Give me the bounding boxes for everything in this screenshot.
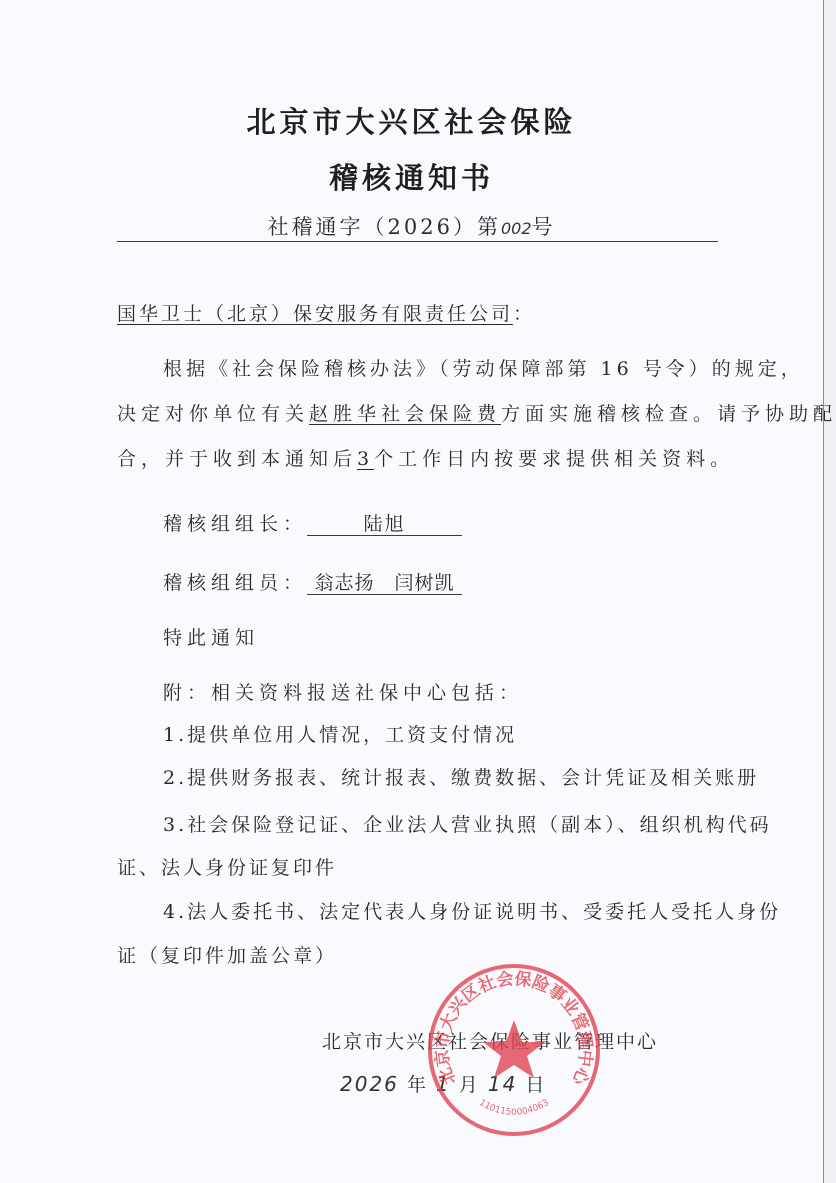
body-line-2-after: 方面实施稽核检查。请予协助配: [501, 403, 836, 425]
doc-number-handwritten: 002: [501, 219, 532, 238]
body-line-3-before: 合，并于收到本通知后: [117, 448, 357, 470]
audit-members-label: 稽核组组员：: [163, 572, 307, 594]
document-title-line1: 北京市大兴区社会保险: [0, 100, 823, 141]
audit-leader-label: 稽核组组长：: [163, 513, 307, 535]
audit-leader-row: 稽核组组长：陆旭: [163, 512, 462, 536]
attachment-item-2: 2.提供财务报表、统计报表、缴费数据、会计凭证及相关账册: [163, 766, 759, 790]
svg-text:1101150004063: 1101150004063: [477, 1098, 551, 1118]
body-line-2-before: 决定对你单位有关: [117, 403, 309, 425]
attachment-item-3: 3.社会保险登记证、企业法人营业执照（副本）、组织机构代码: [163, 813, 772, 837]
attachments-heading: 附：相关资料报送社保中心包括：: [163, 681, 523, 705]
attachment-item-4: 4.法人委托书、法定代表人身份证说明书、受委托人受托人身份: [163, 900, 781, 924]
document-page: 北京市大兴区社会保险 稽核通知书 社稽通字（2026）第002号 国华卫士（北京…: [0, 0, 824, 1183]
addressee-line: 国华卫士（北京）保安服务有限责任公司：: [117, 302, 535, 326]
body-line-3-after: 个工作日内按要求提供相关资料。: [374, 448, 734, 470]
notice-closing: 特此通知: [163, 626, 259, 650]
date-day: 14: [488, 1072, 517, 1096]
attachment-item-1: 1.提供单位用人情况，工资支付情况: [163, 723, 517, 747]
body-line-2: 决定对你单位有关赵胜华社会保险费方面实施稽核检查。请予协助配: [117, 402, 836, 426]
audit-subject: 赵胜华社会保险费: [309, 403, 501, 425]
audit-members-value: 翁志扬 闫树凯: [307, 572, 462, 595]
date-year: 2026: [340, 1072, 399, 1096]
header-divider: [117, 241, 718, 242]
date-month: 1: [436, 1072, 451, 1096]
addressee-colon: ：: [513, 303, 535, 325]
working-days-count: 3: [357, 448, 374, 470]
date-month-label: 月: [459, 1074, 480, 1096]
issue-date: 2026 年 1 月 14 日: [340, 1072, 546, 1097]
body-line-1: 根据《社会保险稽核办法》（劳动保障部第 16 号令）的规定，: [163, 357, 804, 381]
doc-number-suffix: 号: [532, 215, 556, 239]
audit-members-row: 稽核组组员：翁志扬 闫树凯: [163, 571, 462, 595]
document-number: 社稽通字（2026）第002号: [0, 211, 823, 241]
document-title-line2: 稽核通知书: [0, 156, 823, 197]
addressee-company: 国华卫士（北京）保安服务有限责任公司: [117, 303, 513, 325]
issuer-name: 北京市大兴区社会保险事业管理中心: [322, 1030, 658, 1054]
date-day-label: 日: [525, 1074, 546, 1096]
svg-text:北京市大兴区社会保险事业管理中心: 北京市大兴区社会保险事业管理中心: [432, 968, 597, 1089]
attachment-item-4-cont: 证（复印件加盖公章）: [117, 944, 337, 968]
date-year-label: 年: [407, 1074, 428, 1096]
doc-number-prefix: 社稽通字（2026）第: [268, 215, 501, 239]
attachment-item-3-cont: 证、法人身份证复印件: [117, 856, 337, 880]
body-line-3: 合，并于收到本通知后3个工作日内按要求提供相关资料。: [117, 447, 734, 471]
audit-leader-value: 陆旭: [307, 513, 462, 536]
